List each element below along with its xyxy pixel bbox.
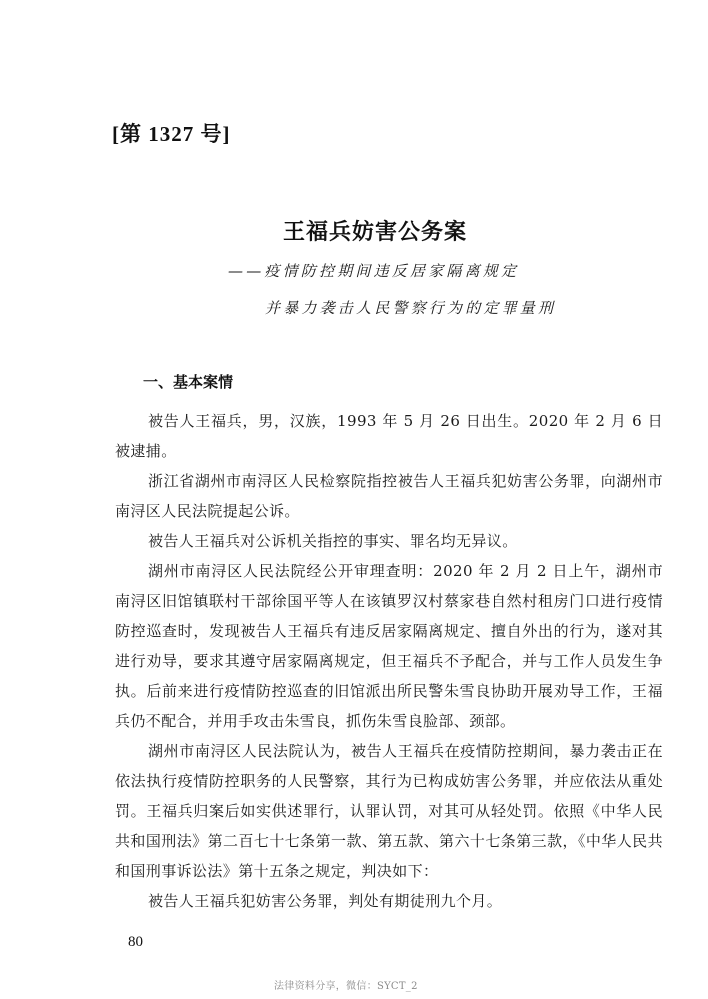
paragraph-court-opinion: 湖州市南浔区人民法院认为，被告人王福兵在疫情防控期间，暴力袭击正在依法执行疫情防…	[115, 736, 663, 886]
page-number: 80	[128, 934, 143, 951]
paragraph-judgment: 被告人王福兵犯妨害公务罪，判处有期徒刑九个月。	[115, 886, 663, 916]
case-title: 王福兵妨害公务案	[0, 215, 708, 246]
case-subtitle-line-1: ——疫情防控期间违反居家隔离规定	[228, 260, 519, 281]
document-page: [第 1327 号] 王福兵妨害公务案 ——疫情防控期间违反居家隔离规定 并暴力…	[0, 0, 708, 999]
body-text: 被告人王福兵，男，汉族，1993 年 5 月 26 日出生。2020 年 2 月…	[115, 406, 663, 916]
paragraph-prosecution: 浙江省湖州市南浔区人民检察院指控被告人王福兵犯妨害公务罪，向湖州市南浔区人民法院…	[115, 466, 663, 526]
paragraph-court-findings: 湖州市南浔区人民法院经公开审理查明：2020 年 2 月 2 日上午，湖州市南浔…	[115, 556, 663, 736]
case-subtitle-line-2: 并暴力袭击人民警察行为的定罪量刑	[265, 297, 556, 318]
paragraph-defendant-plea: 被告人王福兵对公诉机关指控的事实、罪名均无异议。	[115, 526, 663, 556]
case-number: [第 1327 号]	[112, 118, 231, 148]
paragraph-defendant-info: 被告人王福兵，男，汉族，1993 年 5 月 26 日出生。2020 年 2 月…	[115, 406, 663, 466]
section-heading-basic-facts: 一、基本案情	[143, 371, 233, 392]
watermark: 法律资料分享，微信：SYCT_2	[274, 977, 418, 992]
